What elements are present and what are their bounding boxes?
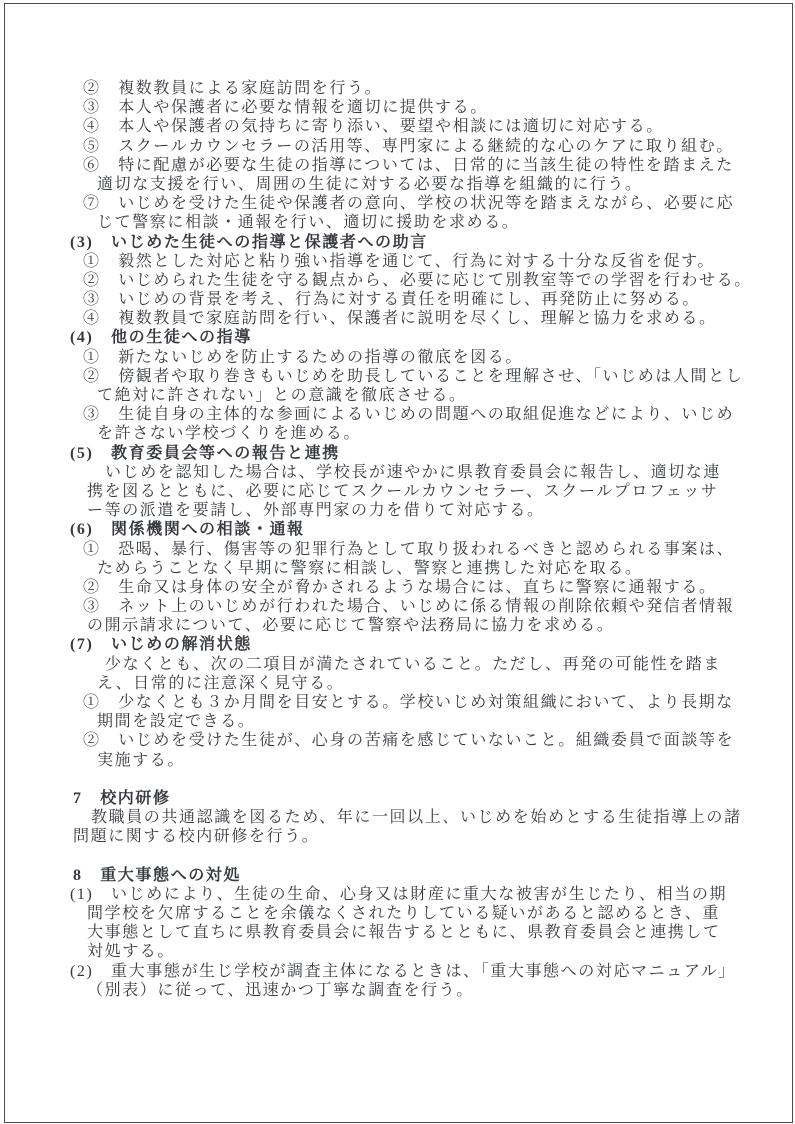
document-line: ① 新たないじめを防止するための指導の徹底を図る。 xyxy=(83,348,757,367)
document-line: (5) 教育委員会等への報告と連携 xyxy=(70,444,757,463)
document-line: ④ 本人や保護者の気持ちに寄り添い、要望や相談には適切に対応する。 xyxy=(83,117,757,136)
document-line: ⑥ 特に配慮が必要な生徒の指導については、日常的に当該生徒の特性を踏まえた xyxy=(83,156,757,175)
document-line: 少なくとも、次の二項目が満たされていること。ただし、再発の可能性を踏ま xyxy=(105,655,757,674)
document-line: 7 校内研修 xyxy=(73,789,757,808)
document-line: ② いじめられた生徒を守る観点から、必要に応じて別教室等での学習を行わせる。 xyxy=(83,271,757,290)
document-line: ためらうことなく早期に警察に相談し、警察と連携した対応を取る。 xyxy=(97,559,757,578)
document-line: ② 傍観者や取り巻きもいじめを助長していることを理解させ、「いじめは人間とし xyxy=(83,367,757,386)
document-line: ⑤ スクールカウンセラーの活用等、専門家による継続的な心のケアに取り組む。 xyxy=(83,137,757,156)
document-line: 問題に関する校内研修を行う。 xyxy=(73,827,757,846)
document-line: ⑦ いじめを受けた生徒や保護者の意向、学校の状況等を踏まえながら、必要に応 xyxy=(83,194,757,213)
document-line: (2) 重大事態が生じ学校が調査主体になるときは、「重大事態への対応マニュアル」 xyxy=(70,962,757,981)
document-line: ② 生命又は身体の安全が脅かされるような場合には、直ちに警察に通報する。 xyxy=(83,578,757,597)
document-line: 教職員の共通認識を図るため、年に一回以上、いじめを始めとする生徒指導上の諸 xyxy=(91,808,757,827)
document-line: 対処する。 xyxy=(87,942,757,961)
document-body: ② 複数教員による家庭訪問を行う。③ 本人や保護者に必要な情報を適切に提供する。… xyxy=(70,79,757,1000)
document-line: ③ ネット上のいじめが行われた場合、いじめに係る情報の削除依頼や発信者情報 xyxy=(83,597,757,616)
document-line: じて警察に相談・通報を行い、適切に援助を求める。 xyxy=(97,213,757,232)
document-line: ー等の派遣を要請し、外部専門家の力を借りて対応する。 xyxy=(87,501,757,520)
document-line: ② 複数教員による家庭訪問を行う。 xyxy=(83,79,757,98)
document-line: 適切な支援を行い、周囲の生徒に対する必要な指導を組織的に行う。 xyxy=(97,175,757,194)
document-line: ① 少なくとも３か月間を目安とする。学校いじめ対策組織において、より長期な xyxy=(83,693,757,712)
document-line: ② いじめを受けた生徒が、心身の苦痛を感じていないこと。組織委員で面談等を xyxy=(83,731,757,750)
document-line: 期間を設定できる。 xyxy=(97,712,757,731)
document-line: 大事態として直ちに県教育委員会に報告するとともに、県教育委員会と連携して xyxy=(87,923,757,942)
document-line: (1) いじめにより、生徒の生命、心身又は財産に重大な被害が生じたり、相当の期 xyxy=(70,885,757,904)
document-line: ① 毅然とした対応と粘り強い指導を通じて、行為に対する十分な反省を促す。 xyxy=(83,252,757,271)
document-line: ③ 生徒自身の主体的な参画によるいじめの問題への取組促進などにより、いじめ xyxy=(83,405,757,424)
blank-line xyxy=(70,847,757,866)
blank-line xyxy=(70,770,757,789)
document-line: て絶対に許されない」との意識を徹底させる。 xyxy=(97,386,757,405)
document-page: ② 複数教員による家庭訪問を行う。③ 本人や保護者に必要な情報を適切に提供する。… xyxy=(0,0,795,1124)
document-line: (4) 他の生徒への指導 xyxy=(70,328,757,347)
document-line: 携を図るとともに、必要に応じてスクールカウンセラー、スクールプロフェッサ xyxy=(87,482,757,501)
document-line: ③ いじめの背景を考え、行為に対する責任を明確にし、再発防止に努める。 xyxy=(83,290,757,309)
document-line: （別表）に従って、迅速かつ丁寧な調査を行う。 xyxy=(87,981,757,1000)
document-line: 8 重大事態への対処 xyxy=(73,866,757,885)
document-line: ③ 本人や保護者に必要な情報を適切に提供する。 xyxy=(83,98,757,117)
document-line: ① 恐喝、暴行、傷害等の犯罪行為として取り扱われるべきと認められる事案は、 xyxy=(83,540,757,559)
document-line: を許さない学校づくりを進める。 xyxy=(97,424,757,443)
document-line: 実施する。 xyxy=(97,751,757,770)
document-line: いじめを認知した場合は、学校長が速やかに県教育委員会に報告し、適切な連 xyxy=(105,463,757,482)
document-line: ④ 複数教員で家庭訪問を行い、保護者に説明を尽くし、理解と協力を求める。 xyxy=(83,309,757,328)
document-line: (3) いじめた生徒への指導と保護者への助言 xyxy=(70,233,757,252)
document-line: (6) 関係機関への相談・通報 xyxy=(70,520,757,539)
document-line: の開示請求について、必要に応じて警察や法務局に協力を求める。 xyxy=(87,616,757,635)
document-line: 間学校を欠席することを余儀なくされたりしている疑いがあると認めるとき、重 xyxy=(87,904,757,923)
document-line: (7) いじめの解消状態 xyxy=(70,635,757,654)
document-line: え、日常的に注意深く見守る。 xyxy=(97,674,757,693)
